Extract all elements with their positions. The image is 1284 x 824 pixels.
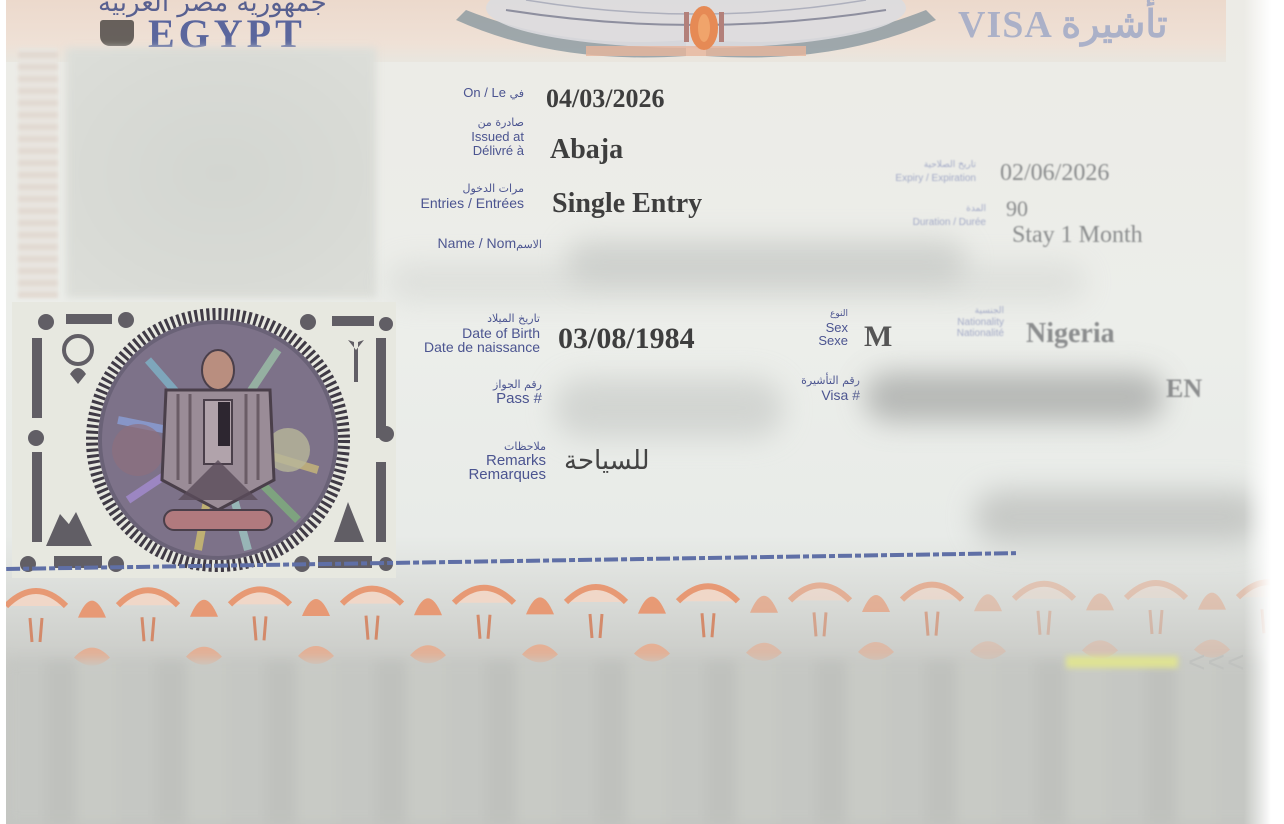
shield-icon: [100, 20, 134, 46]
expiry-label: تاريخ الصلاحية Expiry / Expiration: [846, 158, 976, 186]
issue-date-label: On / Le في: [406, 86, 524, 101]
passport-number-label: رقم الجواز Pass #: [426, 378, 542, 406]
duration-value: 90: [1006, 196, 1028, 222]
entries-value: Single Entry: [552, 188, 702, 220]
dob-value: 03/08/1984: [558, 322, 695, 356]
remarks-label: ملاحظات Remarks Remarques: [426, 440, 546, 482]
sex-value: M: [864, 320, 892, 354]
remarks-value: للسياحة: [564, 446, 650, 476]
country-name: EGYPT: [148, 14, 306, 48]
mrz-chevrons: <<<: [1188, 646, 1247, 680]
issue-date-value: 04/03/2026: [546, 84, 664, 114]
visa-number-suffix: EN: [1166, 374, 1202, 404]
visa-watermark: VISA تأشيرة: [958, 2, 1168, 47]
page-edge: [1244, 0, 1274, 824]
visa-page: جمهورية مصر العربية EGYPT VISA تأشيرة On…: [6, 0, 1274, 824]
expiry-value: 02/06/2026: [1000, 160, 1109, 187]
winged-sun-emblem-icon: [446, 0, 946, 58]
name-label: Name / Nomالاسم: [366, 236, 542, 252]
nationality-label: الجنسية Nationality Nationalité: [912, 306, 1004, 339]
issued-at-label: صادرة من Issued at Délivré à: [406, 116, 524, 158]
photo-border: [18, 48, 58, 298]
mrz-highlight: [1066, 656, 1178, 668]
redacted-area: [974, 490, 1264, 544]
visa-number-redacted: [864, 372, 1164, 422]
issued-at-value: Abaja: [550, 134, 623, 166]
name-redacted-extra: [386, 262, 1086, 302]
sex-label: النوع Sex Sexe: [792, 308, 848, 347]
entries-label: مرات الدخول Entries / Entrées: [376, 182, 524, 210]
mrz-redacted: [6, 660, 1274, 824]
passport-number-redacted: [554, 378, 784, 438]
dob-label: تاريخ الميلاد Date of Birth Date de nais…: [386, 312, 540, 354]
eagle-seal-hologram-icon: [12, 302, 396, 578]
nationality-value: Nigeria: [1026, 318, 1115, 350]
duration-label: المدة Duration / Durée: [846, 202, 986, 230]
photo-redacted: [66, 48, 376, 298]
visa-number-label: رقم التأشيرة Visa #: [766, 374, 860, 402]
duration-note: Stay 1 Month: [1012, 222, 1143, 249]
seal-panel: [12, 302, 396, 578]
